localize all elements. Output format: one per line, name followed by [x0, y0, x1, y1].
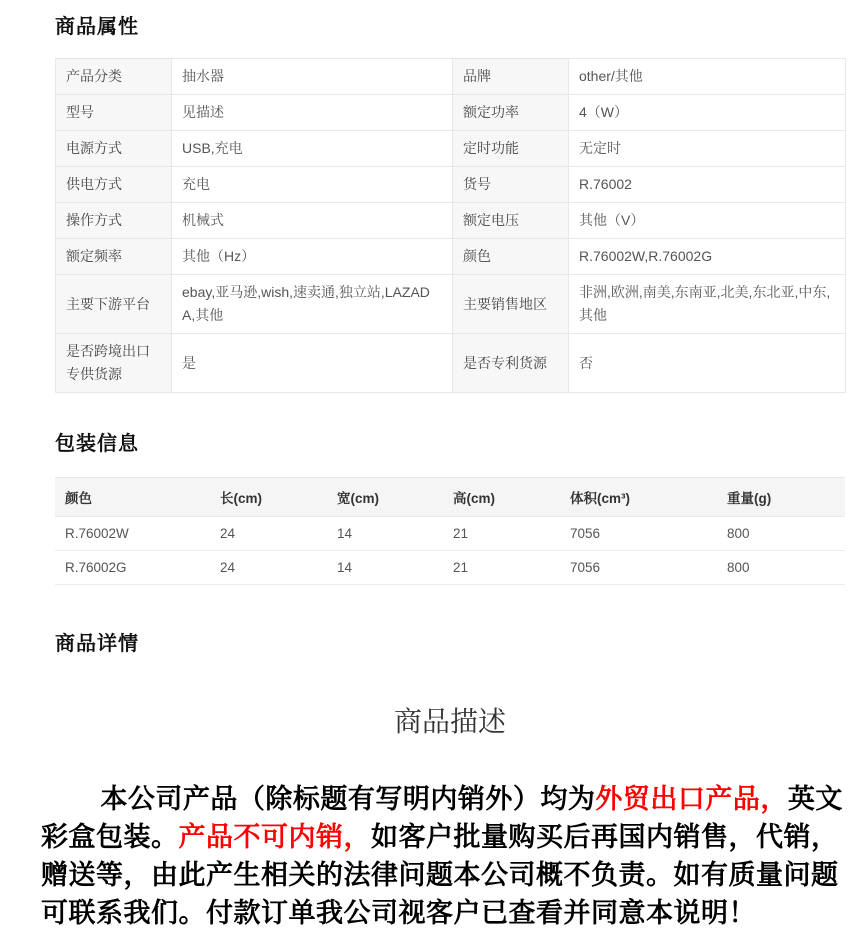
packaging-header-cell: 长(cm) — [210, 478, 327, 517]
packaging-cell: 14 — [327, 517, 443, 551]
attribute-row: 主要下游平台ebay,亚马逊,wish,速卖通,独立站,LAZADA,其他主要销… — [56, 275, 846, 334]
attribute-value: 抽水器 — [172, 59, 453, 95]
packaging-row: R.76002W2414217056800 — [55, 517, 845, 551]
attribute-value: 见描述 — [172, 95, 453, 131]
attributes-table-body: 产品分类抽水器品牌other/其他型号见描述额定功率4（W）电源方式USB,充电… — [56, 59, 846, 393]
attribute-label: 主要销售地区 — [453, 275, 569, 334]
packaging-header-cell: 颜色 — [55, 478, 210, 517]
attributes-table: 产品分类抽水器品牌other/其他型号见描述额定功率4（W）电源方式USB,充电… — [55, 58, 846, 393]
attribute-row: 产品分类抽水器品牌other/其他 — [56, 59, 846, 95]
attribute-value: 其他（Hz） — [172, 239, 453, 275]
attribute-label: 主要下游平台 — [56, 275, 172, 334]
packaging-cell: 21 — [443, 517, 560, 551]
attribute-value: 非洲,欧洲,南美,东南亚,北美,东北亚,中东,其他 — [569, 275, 846, 334]
description-segment-red: 产品不可内销， — [179, 822, 372, 852]
attribute-value: USB,充电 — [172, 131, 453, 167]
attribute-value: 机械式 — [172, 203, 453, 239]
attribute-row: 供电方式充电货号R.76002 — [56, 167, 846, 203]
packaging-header-row: 颜色长(cm)宽(cm)高(cm)体积(cm³)重量(g) — [55, 478, 845, 517]
attribute-label: 操作方式 — [56, 203, 172, 239]
section-title-details: 商品详情 — [55, 627, 845, 656]
attribute-value: ebay,亚马逊,wish,速卖通,独立站,LAZADA,其他 — [172, 275, 453, 334]
packaging-cell: 800 — [717, 551, 845, 585]
attribute-label: 额定电压 — [453, 203, 569, 239]
packaging-cell: 24 — [210, 517, 327, 551]
packaging-cell: R.76002G — [55, 551, 210, 585]
attribute-label: 额定频率 — [56, 239, 172, 275]
packaging-cell: 7056 — [560, 551, 717, 585]
packaging-cell: R.76002W — [55, 517, 210, 551]
description-heading: 商品描述 — [55, 700, 845, 740]
attribute-value: 充电 — [172, 167, 453, 203]
attribute-label: 品牌 — [453, 59, 569, 95]
packaging-header-cell: 体积(cm³) — [560, 478, 717, 517]
attribute-value: R.76002 — [569, 167, 846, 203]
packaging-row: R.76002G2414217056800 — [55, 551, 845, 585]
packaging-header-cell: 重量(g) — [717, 478, 845, 517]
product-detail-page: 商品属性 产品分类抽水器品牌other/其他型号见描述额定功率4（W）电源方式U… — [0, 0, 867, 952]
section-title-attributes: 商品属性 — [55, 10, 845, 39]
attribute-value: 否 — [569, 334, 846, 393]
attribute-label: 产品分类 — [56, 59, 172, 95]
attribute-label: 是否跨境出口专供货源 — [56, 334, 172, 393]
attribute-label: 货号 — [453, 167, 569, 203]
packaging-header-cell: 宽(cm) — [327, 478, 443, 517]
packaging-cell: 21 — [443, 551, 560, 585]
attribute-row: 型号见描述额定功率4（W） — [56, 95, 846, 131]
packaging-table-body: R.76002W2414217056800R.76002G24142170568… — [55, 517, 845, 585]
attribute-label: 定时功能 — [453, 131, 569, 167]
attribute-value: other/其他 — [569, 59, 846, 95]
section-title-packaging: 包装信息 — [55, 427, 845, 456]
packaging-cell: 24 — [210, 551, 327, 585]
attribute-label: 供电方式 — [56, 167, 172, 203]
attribute-label: 电源方式 — [56, 131, 172, 167]
description-paragraph: 本公司产品（除标题有写明内销外）均为外贸出口产品，英文彩盒包装。产品不可内销，如… — [41, 780, 847, 932]
attribute-value: 无定时 — [569, 131, 846, 167]
attribute-value: R.76002W,R.76002G — [569, 239, 846, 275]
attribute-row: 操作方式机械式额定电压其他（V） — [56, 203, 846, 239]
packaging-cell: 7056 — [560, 517, 717, 551]
attribute-value: 其他（V） — [569, 203, 846, 239]
attribute-label: 是否专利货源 — [453, 334, 569, 393]
packaging-cell: 14 — [327, 551, 443, 585]
attribute-row: 是否跨境出口专供货源是是否专利货源否 — [56, 334, 846, 393]
attribute-row: 电源方式USB,充电定时功能无定时 — [56, 131, 846, 167]
attribute-row: 额定频率其他（Hz）颜色R.76002W,R.76002G — [56, 239, 846, 275]
description-segment: 本公司产品（除标题有写明内销外）均为 — [100, 784, 595, 814]
packaging-header-cell: 高(cm) — [443, 478, 560, 517]
attribute-value: 是 — [172, 334, 453, 393]
packaging-cell: 800 — [717, 517, 845, 551]
description-segment-red: 外贸出口产品， — [595, 784, 788, 814]
attribute-label: 额定功率 — [453, 95, 569, 131]
attribute-label: 颜色 — [453, 239, 569, 275]
attribute-value: 4（W） — [569, 95, 846, 131]
packaging-table: 颜色长(cm)宽(cm)高(cm)体积(cm³)重量(g) R.76002W24… — [55, 477, 845, 585]
attribute-label: 型号 — [56, 95, 172, 131]
